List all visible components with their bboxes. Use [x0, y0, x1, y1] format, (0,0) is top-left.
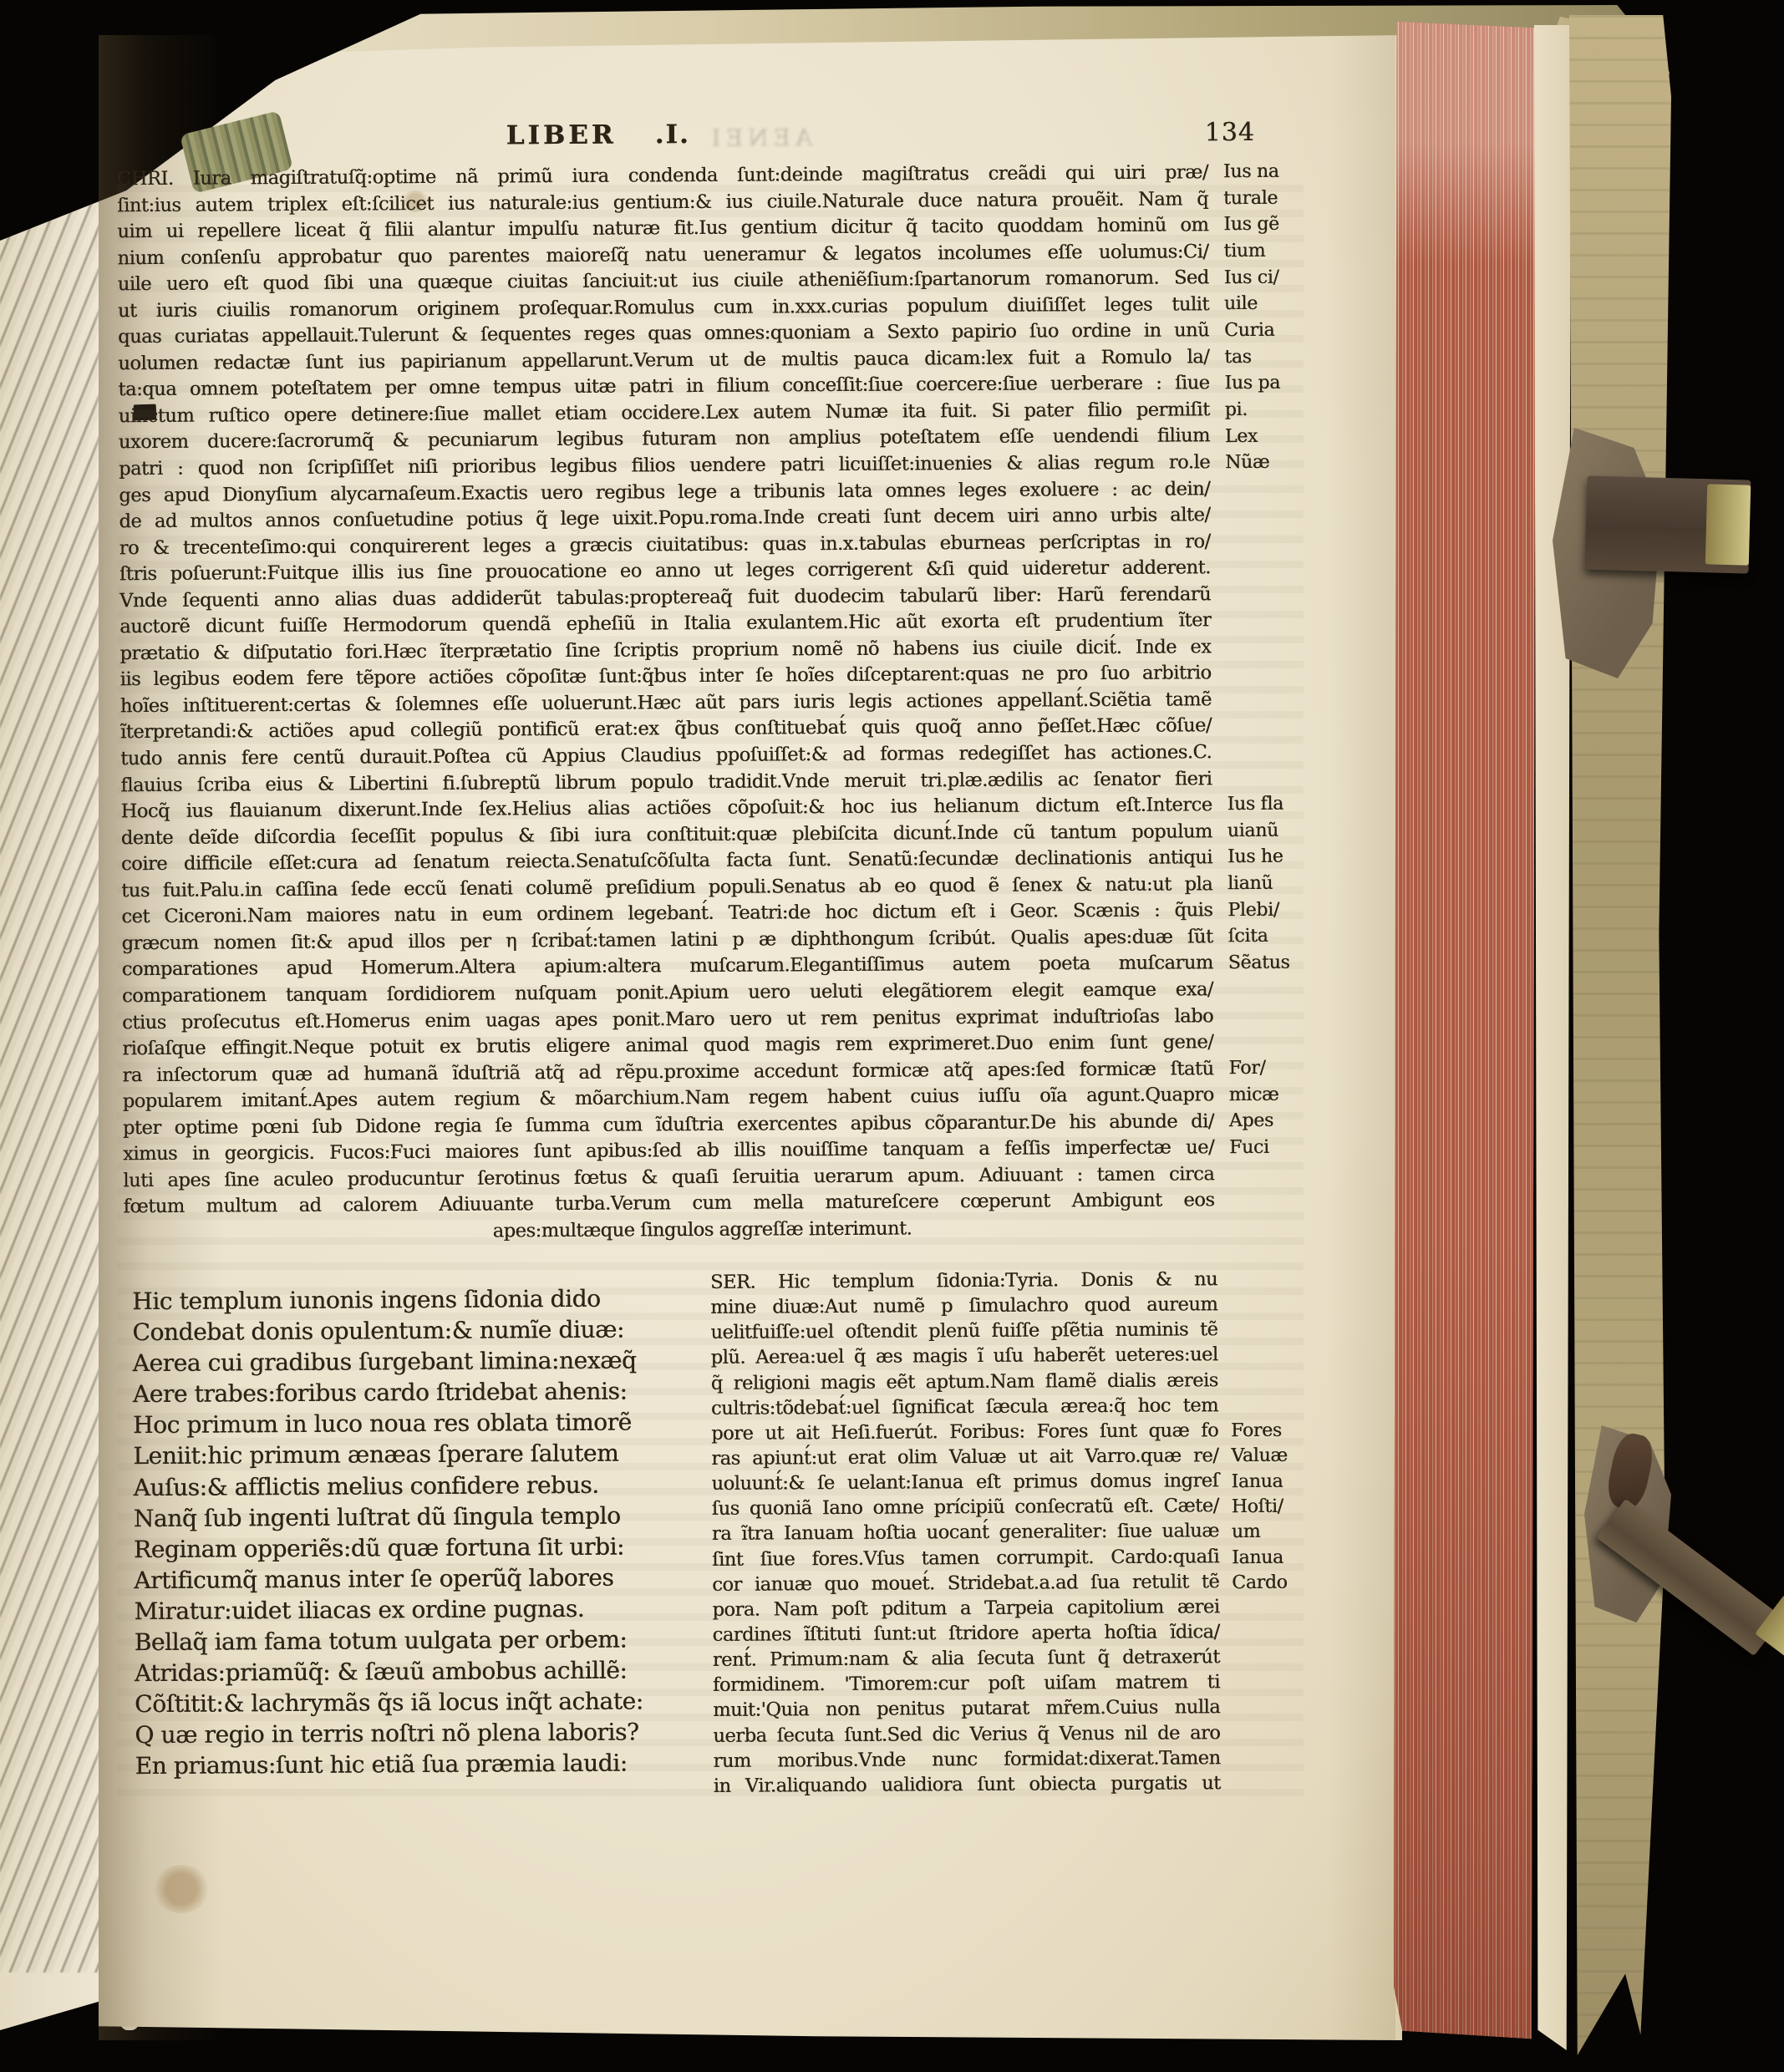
margin-note: Fores [1231, 1419, 1381, 1441]
margin-note: Nũæ [1225, 451, 1375, 473]
margin-note: Ius na [1223, 160, 1374, 182]
virgil-verse-column: Hic templum iunonis ingens ſidonia didoC… [132, 1284, 720, 1784]
margin-note: For/ [1228, 1057, 1379, 1079]
commentary-line: rent́. Primum:nam & alia ſecuta ſunt q̃ … [713, 1646, 1220, 1674]
verse-line: Aere trabes:foribus cardo ſtridebat ahen… [133, 1377, 718, 1411]
commentary-line: SER. Hic templum ſidonia:Tyria. Donis & … [710, 1268, 1217, 1297]
commentary-line: cultris:tõdebat́:uel ſignificat ſæcula æ… [711, 1394, 1218, 1423]
main-text-block: CHRI. Iura magiſtratuſq̃:optime nã primũ… [117, 161, 1215, 1248]
verse-line: Atridas:priamũq̃: & ſæuũ ambobus achillẽ… [135, 1656, 719, 1690]
verse-line: Nanq̃ ſub ingenti luſtrat dũ ſingula tem… [134, 1501, 719, 1536]
commentary-line: ſint ſiue fores.Vſus tamen corrumpit. Ca… [712, 1546, 1219, 1574]
commentary-line: uoluunt́:& ſe uelant:Ianua eſt primus do… [711, 1470, 1218, 1498]
commentary-line: mine diuæ:Aut numẽ p ſimulachro quod aur… [710, 1293, 1217, 1322]
commentary-line: muit:'Quia non penitus putarat mr̃em.Cui… [713, 1697, 1220, 1725]
margin-note: Sẽatus [1228, 952, 1379, 973]
verse-line: Q uæ regio in terris noſtri nõ plena lab… [135, 1718, 719, 1752]
margin-note: Plebi/ [1227, 899, 1378, 921]
verse-line: En priamus:ſunt hic etiã ſua præmia laud… [135, 1749, 719, 1783]
margin-note: Lex [1225, 425, 1375, 447]
margin-note: Apes [1229, 1110, 1380, 1131]
commentary-line: in Vir.aliquando ualidiora ſunt obiecta … [714, 1772, 1221, 1800]
margin-note: uile [1224, 292, 1375, 314]
verse-line: Auſus:& afflictis melius confidere rebus… [133, 1470, 718, 1504]
margin-note: tas [1224, 346, 1375, 368]
verse-line: Aerea cui gradibus ſurgebant limina:nexæ… [133, 1346, 718, 1380]
servius-commentary-column: SER. Hic templum ſidonia:Tyria. Donis & … [710, 1268, 1221, 1800]
margin-note: Curia [1224, 319, 1375, 341]
margin-note: Ianua [1231, 1470, 1381, 1492]
verse-line: Condebat donis opulentum:& numĩe diuæ: [132, 1315, 717, 1349]
commentary-line: formidinem. 'Timorem:cur poſt uiſam matr… [713, 1671, 1220, 1699]
margin-note: tium [1223, 240, 1374, 262]
margin-note: Ius fla [1227, 793, 1377, 815]
margin-note: micæ [1229, 1084, 1380, 1105]
text-line: apes:multæque ſingulos aggreſſæ interimu… [124, 1216, 1215, 1249]
photograph-of-incunabulum-page: LIBER .I. AENEI 134 CHRI. Iura magiſtrat… [0, 0, 1784, 2072]
commentary-line: uelitfuiſſe:uel oſtendit plenũ fuiſſe pſ… [710, 1318, 1217, 1347]
verse-line: Hic templum iunonis ingens ſidonia dido [132, 1284, 717, 1318]
margin-note: um [1232, 1521, 1382, 1542]
margin-note: Ius ci/ [1224, 267, 1375, 288]
page-number: 134 [1205, 118, 1255, 147]
margin-note: Ius pa [1224, 372, 1375, 394]
commentary-line: uerba ſecuta ſunt.Sed dic Verius q̃ Venu… [713, 1722, 1220, 1750]
commentary-line: rum moribus.Vnde nunc formidat:dixerat.T… [713, 1747, 1220, 1775]
margin-note: ſcita [1227, 925, 1378, 947]
margin-note: Ius he [1227, 846, 1378, 867]
margin-note: uianũ [1227, 820, 1378, 841]
running-title: LIBER [506, 120, 617, 151]
commentary-line: cor ianuæ quo mouet́. Stridebat.a.ad ſua… [712, 1571, 1219, 1599]
commentary-line: cardines ĩſtituti ſunt:ut ſtridore apert… [713, 1621, 1220, 1649]
verse-line: Cõſtitit:& lachrymãs q̃s iã locus inq̃t … [135, 1687, 719, 1721]
verse-line: Artificumq̃ manus inter ſe operũq̃ labor… [134, 1563, 719, 1597]
margin-note: Fuci [1229, 1136, 1380, 1158]
margin-note: Valuæ [1231, 1445, 1381, 1466]
verse-line: Miratur:uidet iliacas ex ordine pugnas. [134, 1594, 719, 1628]
printed-text-layer: LIBER .I. AENEI 134 CHRI. Iura magiſtrat… [0, 0, 1784, 2072]
margin-note: Ianua [1232, 1546, 1382, 1568]
commentary-line: plũ. Aerea:uel q̃ æs magis ĩ uſu haberẽt… [711, 1344, 1218, 1373]
commentary-line: ra ĩtra Ianuam hoſtia uocant́ generalite… [712, 1521, 1219, 1549]
verse-line: Reginam opperiẽs:dũ quæ fortuna ſit urbi… [134, 1532, 719, 1567]
margin-note: Ius gẽ [1223, 213, 1374, 235]
commentary-line: ras apiunt́:ut erat olim Valuæ ut ait Va… [711, 1445, 1218, 1473]
commentary-line: q̃ religioni magis eẽt aptum.Nam flamẽ d… [711, 1369, 1218, 1398]
margin-note: pi. [1225, 399, 1375, 420]
margin-note: Hoſti/ [1232, 1496, 1382, 1517]
margin-note: Cardo [1232, 1572, 1382, 1593]
margin-note: turale [1223, 187, 1374, 209]
verse-line: Hoc primum in luco noua res oblata timor… [133, 1408, 718, 1442]
verse-line: Bellaq̃ iam fama totum uulgata per orbem… [135, 1625, 719, 1659]
verse-line: Leniit:hic primum ænæas ſperare ſalutem [133, 1439, 718, 1473]
margin-note: lianũ [1227, 872, 1378, 894]
commentary-line: pora. Nam poſt pditum a Tarpeia capitoli… [712, 1596, 1219, 1624]
book-number: .I. [655, 119, 690, 150]
showthrough-ghost-text: AENEI [707, 124, 813, 152]
commentary-line: pore ut ait Heſi.fuerút. Foribus: Fores … [711, 1419, 1218, 1448]
commentary-line: ſus quoniã Iano omne prícipiũ conſecratũ… [712, 1495, 1219, 1523]
